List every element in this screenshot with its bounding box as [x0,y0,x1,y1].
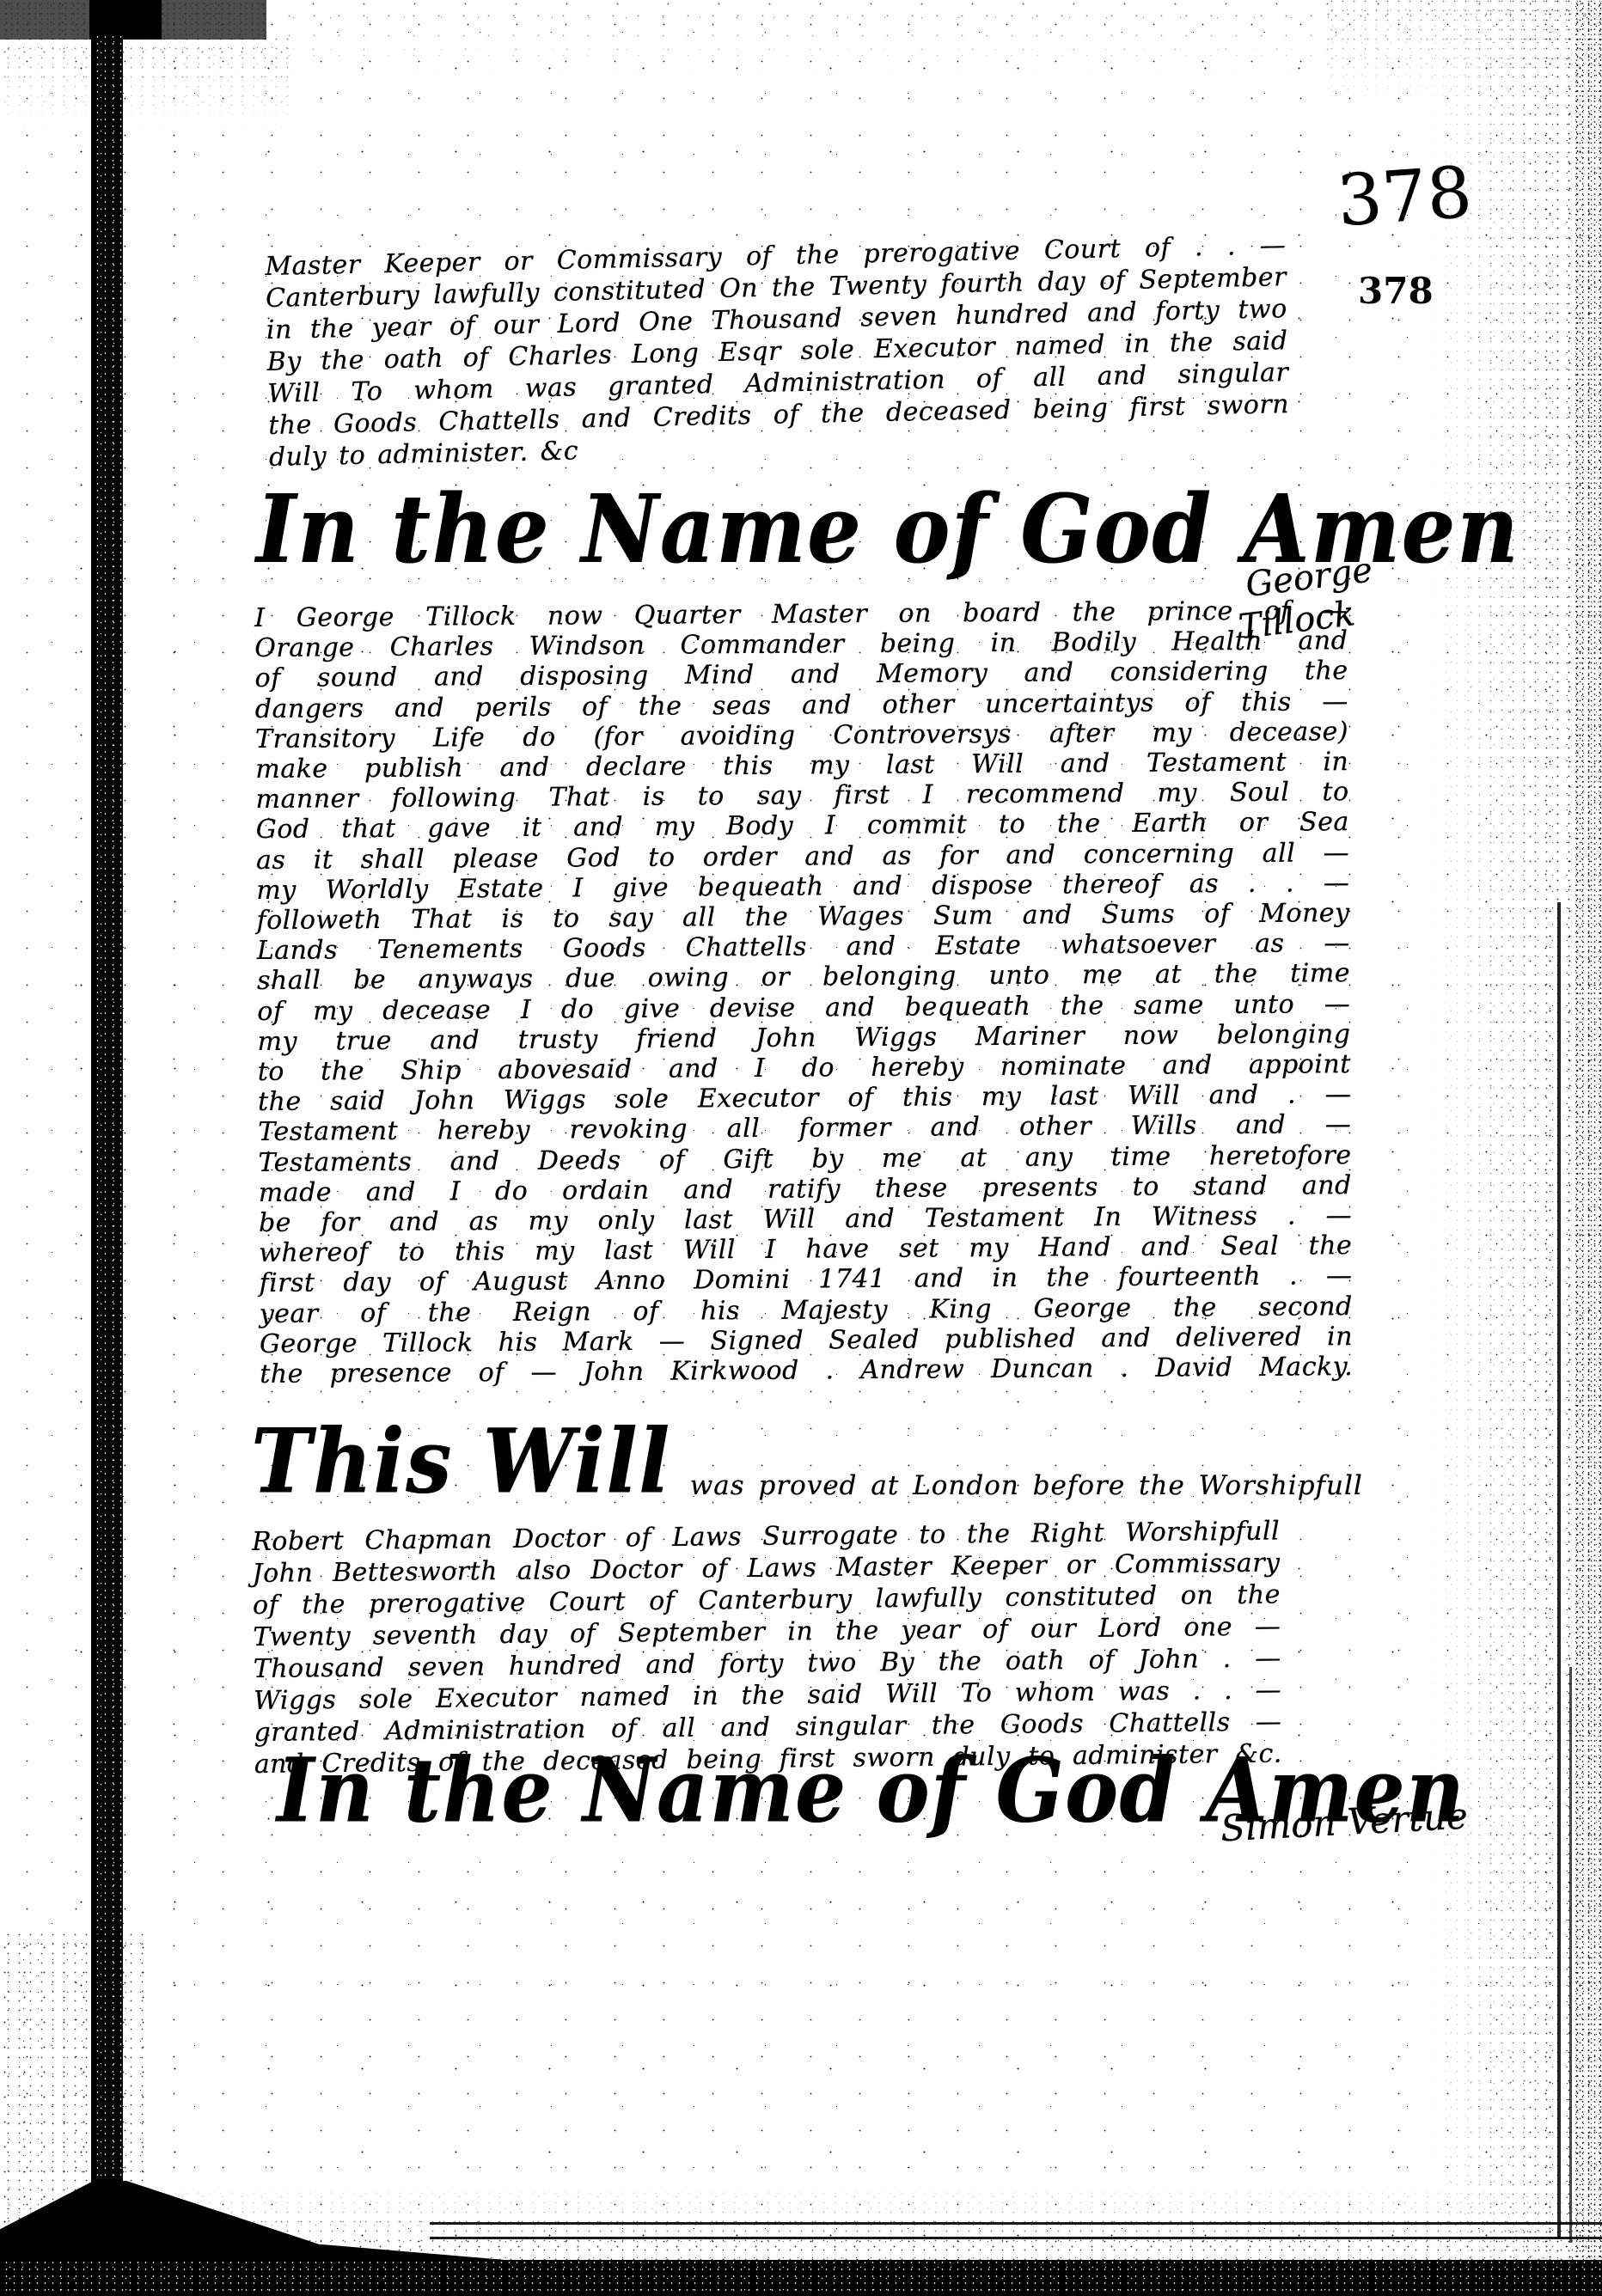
right-page-edge-line [1557,902,1561,2238]
scan-noise-top-left-corner [0,0,266,40]
bottom-page-edge-lines [430,2222,1602,2239]
folio-number-stamped: 378 [1358,270,1434,312]
probate-section: This Will was proved at London before th… [251,1420,1363,1514]
probate-heading: This Will [251,1410,671,1514]
scan-noise-top-right-block [1324,0,1602,112]
folio-number-handwritten: 378 [1335,152,1475,243]
book-binding-band [91,34,123,2296]
scan-noise-bottom-strip [0,2183,1602,2296]
binding-bottom-flare [0,2181,550,2296]
right-page-edge-line-2 [1569,1667,1572,2243]
scan-noise-left-margin-bottom [0,1933,146,2296]
scan-noise-top-left-block [0,38,292,132]
probate-clause-top: Master Keeper or Commissary of the prero… [265,229,1290,473]
binding-band-top [89,0,162,40]
scan-noise-right-edge [1571,0,1602,2296]
probate-heading-continuation: was proved at London before the Worshipf… [690,1470,1363,1501]
bottom-book-edge [0,2260,1602,2296]
scan-noise-top-strip [0,0,1602,82]
manuscript-page-scan: 378 378 Master Keeper or Commissary of t… [0,0,1602,2296]
manuscript-line: the presence of — John Kirkwood . Andrew… [260,1352,1353,1389]
will-body-text: I George Tillock now Quarter Master on b… [254,595,1353,1389]
scan-noise-right-band [1427,0,1602,2296]
